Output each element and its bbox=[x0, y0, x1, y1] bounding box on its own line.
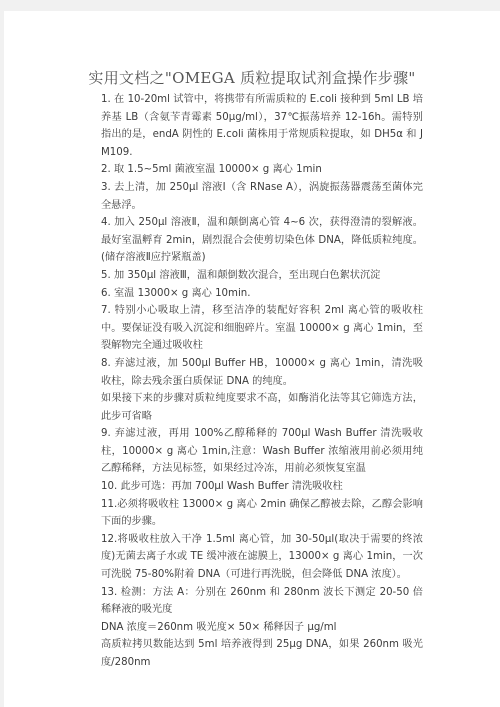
paragraph-step-12: 12.将吸收柱放入干净 1.5ml 离心管，加 30-50μl(取决于需要的终浓… bbox=[101, 531, 423, 584]
paragraph-step-2: 2. 取 1.5~5ml 菌液室温 10000× g 离心 1min bbox=[101, 161, 423, 179]
paragraph-step-4: 4. 加入 250μl 溶液Ⅱ，温和颠倒离心管 4~6 次，获得澄清的裂解液。最… bbox=[101, 214, 423, 267]
paragraph-step-11: 11.必须将吸收柱 13000× g 离心 2min 确保乙醇被去除，乙醇会影响… bbox=[101, 496, 423, 531]
paragraph-step-7: 7. 特别小心吸取上清，移至洁净的装配好容积 2ml 离心管的吸收柱中。要保证没… bbox=[101, 302, 423, 355]
paragraph-step-8-note: 如果接下来的步骤对质粒纯度要求不高，如酶消化法等其它筛选方法，此步可省略 bbox=[101, 390, 423, 425]
paragraph-dna-formula: DNA 浓度＝260nm 吸光度× 50× 稀释因子 μg/ml bbox=[101, 619, 423, 637]
paragraph-step-9: 9. 弃滤过液，再用 100%乙醇稀释的 700μl Wash Buffer 清… bbox=[101, 425, 423, 478]
paragraph-step-6: 6. 室温 13000× g 离心 10min. bbox=[101, 285, 423, 303]
paragraph-step-8: 8. 弃滤过液，加 500μl Buffer HB，10000× g 离心 1m… bbox=[101, 355, 423, 390]
paragraph-step-13: 13. 检测：方法 A：分别在 260nm 和 280nm 波长下测定 20-5… bbox=[101, 584, 423, 619]
paragraph-step-10: 10. 此步可选：再加 700μl Wash Buffer 清洗吸收柱 bbox=[101, 478, 423, 496]
paragraph-high-copy: 高质粒拷贝数能达到 5ml 培养液得到 25μg DNA，如果 260nm 吸光… bbox=[101, 636, 423, 671]
paragraph-step-5: 5. 加 350μl 溶液Ⅲ，温和颠倒数次混合，至出现白色絮状沉淀 bbox=[101, 267, 423, 285]
paragraph-step-1: 1. 在 10-20ml 试管中，将携带有所需质粒的 E.coli 接种到 5m… bbox=[101, 91, 423, 161]
document-title: 实用文档之"OMEGA 质粒提取试剂盒操作步骤" bbox=[4, 67, 500, 88]
paragraph-step-3: 3. 去上清，加 250μl 溶液Ⅰ（含 RNase A），涡旋振荡器震荡至菌体… bbox=[101, 179, 423, 214]
document-body: 1. 在 10-20ml 试管中，将携带有所需质粒的 E.coli 接种到 5m… bbox=[101, 91, 423, 672]
document-page: 实用文档之"OMEGA 质粒提取试剂盒操作步骤" 1. 在 10-20ml 试管… bbox=[4, 11, 500, 707]
